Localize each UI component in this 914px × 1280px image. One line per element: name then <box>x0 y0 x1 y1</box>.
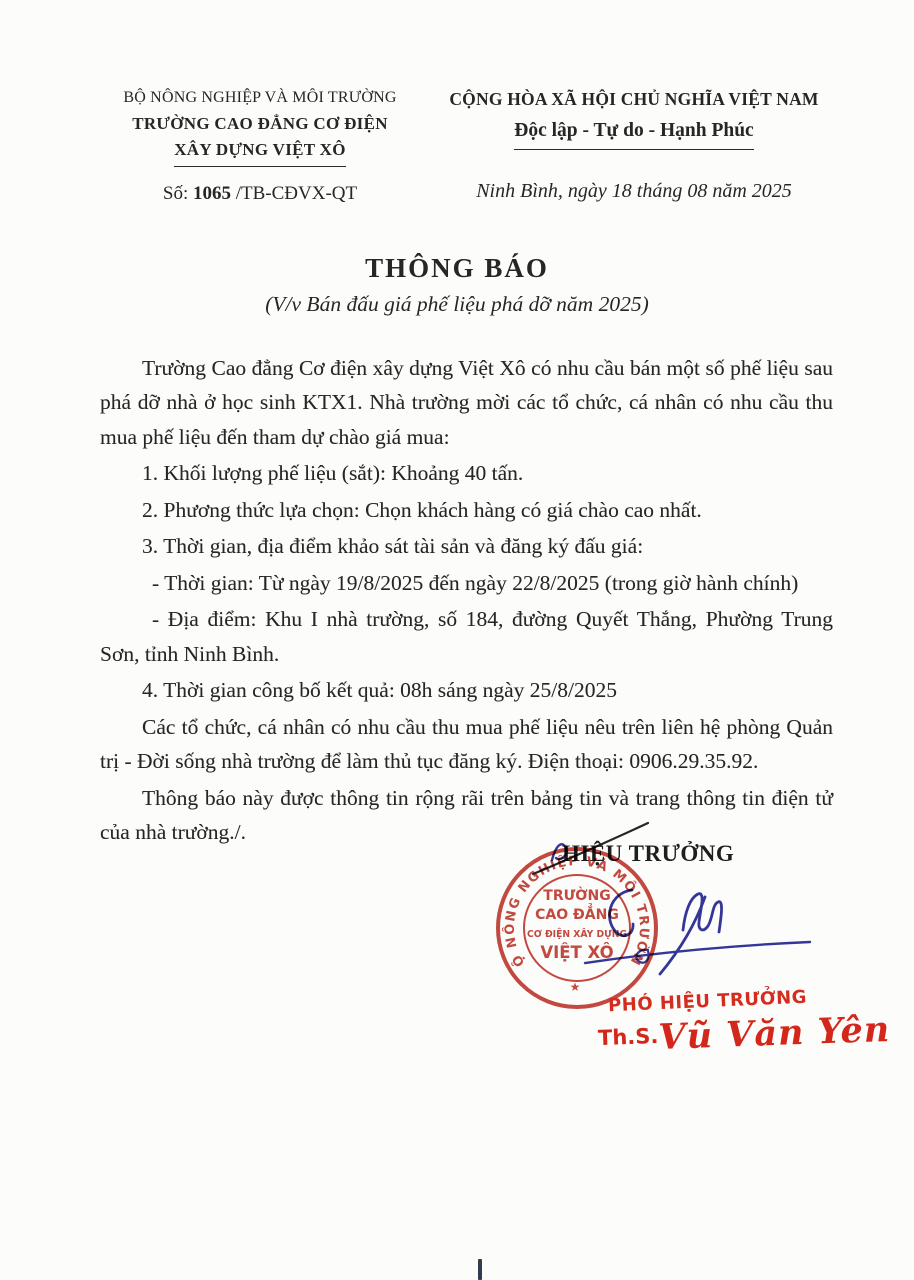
body-paragraph: - Địa điểm: Khu I nhà trường, số 184, đư… <box>100 602 833 671</box>
body-paragraph: Trường Cao đẳng Cơ điện xây dựng Việt Xô… <box>100 351 833 455</box>
national-title: CỘNG HÒA XÃ HỘI CHỦ NGHĨA VIỆT NAM <box>420 86 848 112</box>
school-name-line1: TRƯỜNG CAO ĐẲNG CƠ ĐIỆN <box>100 111 420 137</box>
ministry-name: BỘ NÔNG NGHIỆP VÀ MÔI TRƯỜNG <box>100 86 420 111</box>
body-paragraph: 4. Thời gian công bố kết quả: 08h sáng n… <box>100 673 833 708</box>
place-date-line: Ninh Bình, ngày 18 tháng 08 năm 2025 <box>420 176 848 206</box>
body-paragraph: 1. Khối lượng phế liệu (sắt): Khoảng 40 … <box>100 456 833 491</box>
body-paragraph: 2. Phương thức lựa chọn: Chọn khách hàng… <box>100 493 833 528</box>
school-name-line2: XÂY DỰNG VIỆT XÔ <box>100 137 420 167</box>
page-bottom-mark <box>478 1259 482 1280</box>
document-body: Trường Cao đẳng Cơ điện xây dựng Việt Xô… <box>100 351 833 850</box>
national-motto: Độc lập - Tự do - Hạnh Phúc <box>420 116 848 149</box>
signer-name-block: Th.S.Vũ Văn Yên <box>597 1009 891 1060</box>
scanned-document-page: BỘ NÔNG NGHIỆP VÀ MÔI TRƯỜNG TRƯỜNG CAO … <box>0 0 914 1280</box>
signer-degree: Th.S. <box>598 1024 659 1050</box>
body-paragraph: - Thời gian: Từ ngày 19/8/2025 đến ngày … <box>100 566 833 601</box>
document-header: BỘ NÔNG NGHIỆP VÀ MÔI TRƯỜNG TRƯỜNG CAO … <box>0 0 914 209</box>
signature-initial-scribble <box>552 844 567 860</box>
issuing-org-block: BỘ NÔNG NGHIỆP VÀ MÔI TRƯỜNG TRƯỜNG CAO … <box>100 86 420 209</box>
document-number: Số: 1065 /TB-CĐVX-QT <box>100 179 420 208</box>
national-motto-block: CỘNG HÒA XÃ HỘI CHỦ NGHĨA VIỆT NAM Độc l… <box>420 86 848 209</box>
body-paragraph: 3. Thời gian, địa điểm khảo sát tài sản … <box>100 529 833 564</box>
signature-ink <box>490 815 820 990</box>
signer-name: Vũ Văn Yên <box>658 1009 891 1058</box>
signature-stroke-dark <box>533 823 648 874</box>
title-block: THÔNG BÁO (V/v Bán đấu giá phế liệu phá … <box>0 253 914 317</box>
body-paragraph: Các tổ chức, cá nhân có nhu cầu thu mua … <box>100 710 833 779</box>
document-title: THÔNG BÁO <box>0 253 914 284</box>
document-subtitle: (V/v Bán đấu giá phế liệu phá dỡ năm 202… <box>0 292 914 317</box>
signature-main <box>585 890 810 974</box>
